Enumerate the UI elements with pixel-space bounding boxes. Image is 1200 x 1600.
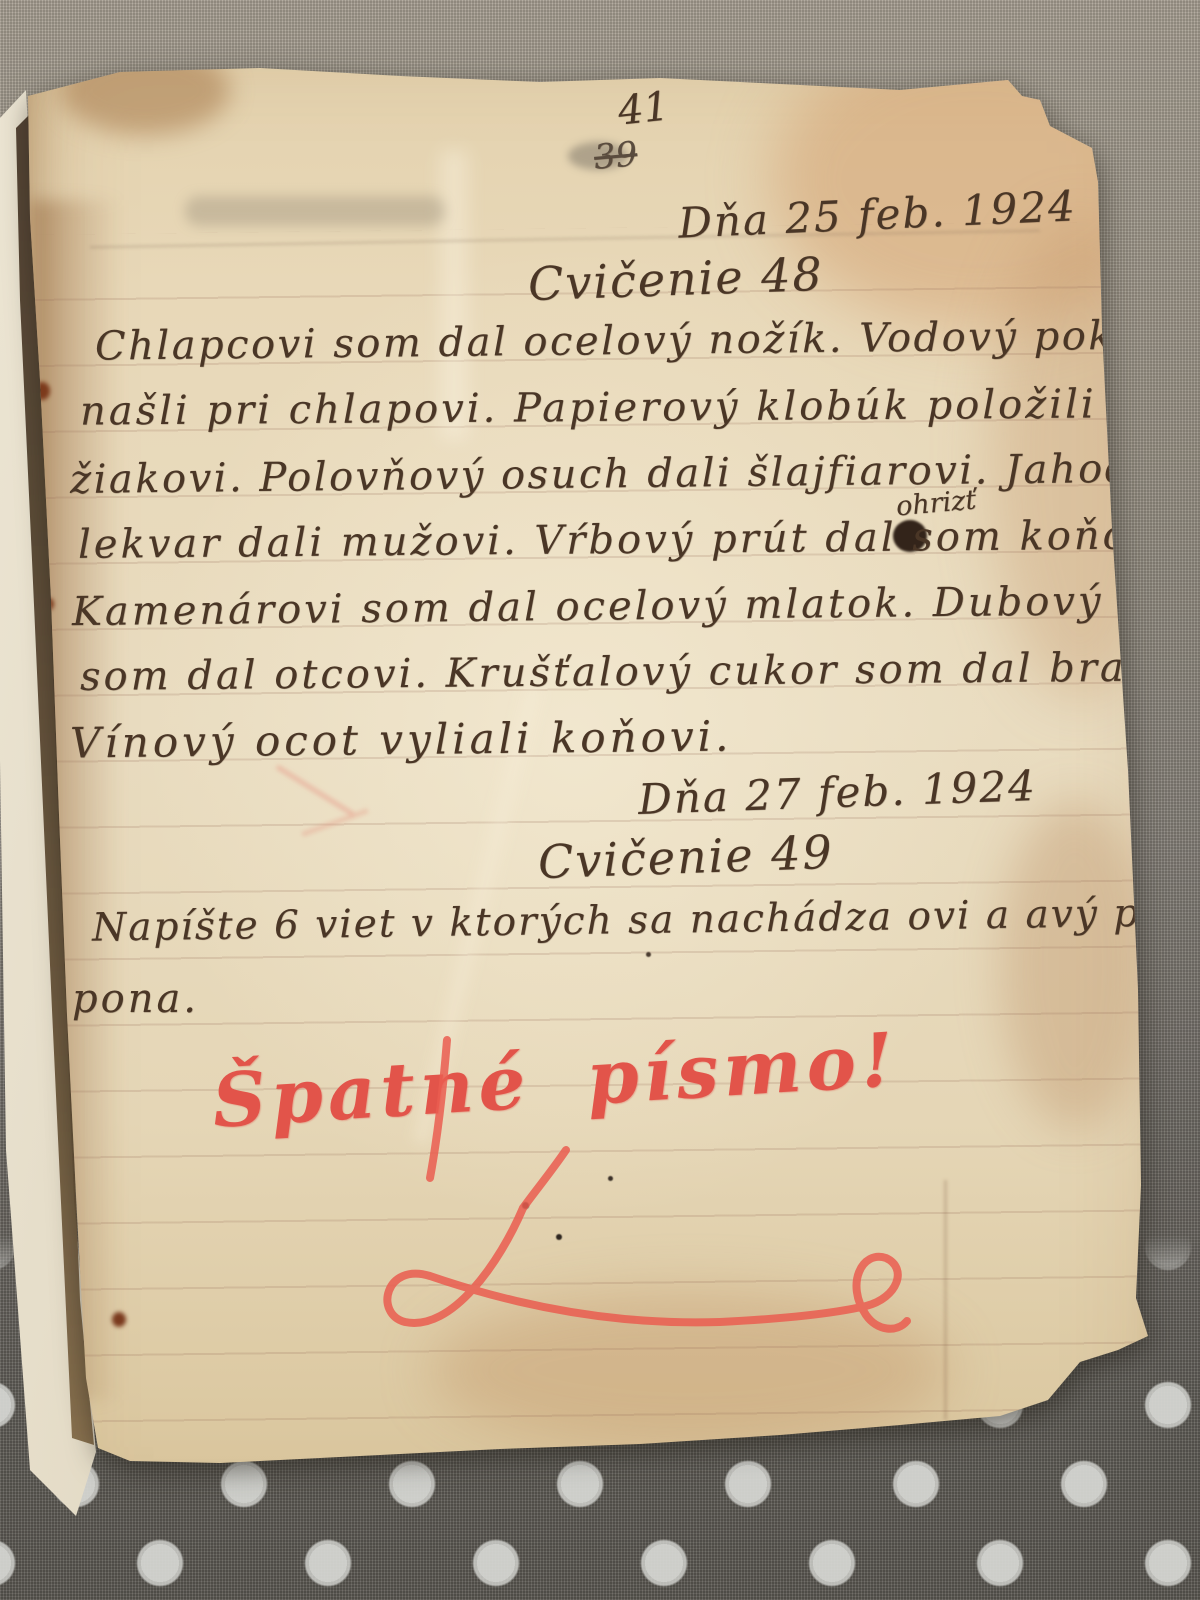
entry1-line: som dal otcovi. Krušťalový cukor som dal… xyxy=(80,644,1200,700)
notebook-page-wrap: 41 39 Dňa 25 feb. 1924 Cvičenie 48 Chlap… xyxy=(0,0,1200,1600)
photo-of-notebook-page: { "document": { "page_number_current": "… xyxy=(0,0,1200,1600)
page-number: 41 xyxy=(616,83,671,134)
rust-spot xyxy=(112,1312,126,1327)
entry1-line: Vínový ocot vyliali koňovi. xyxy=(70,712,733,768)
stain-top-left xyxy=(60,45,230,135)
ink-speck xyxy=(522,1202,529,1209)
rust-spot xyxy=(26,468,38,482)
erased-smudge xyxy=(185,196,445,226)
notebook-page: 41 39 Dňa 25 feb. 1924 Cvičenie 48 Chlap… xyxy=(0,0,1200,1600)
entry1-title: Cvičenie 48 xyxy=(527,247,824,311)
rust-spot xyxy=(8,1000,24,1016)
rust-spot xyxy=(20,1086,33,1099)
entry2-line: pona. xyxy=(72,976,199,1022)
ink-speck xyxy=(556,1234,562,1240)
crease-vertical-lower xyxy=(944,1180,947,1420)
ink-speck xyxy=(646,952,651,957)
ink-speck xyxy=(608,1176,613,1181)
entry2-title: Cvičenie 49 xyxy=(537,825,834,889)
page-number-crossed-out: 39 xyxy=(592,134,639,178)
entry1-line: našli pri chlapovi. Papierový klobúk pol… xyxy=(80,381,1097,434)
rust-spot xyxy=(44,598,54,610)
rust-spot xyxy=(34,382,50,400)
entry1-line: lekvar dali mužovi. Vŕbový prút dal som … xyxy=(78,512,1187,568)
